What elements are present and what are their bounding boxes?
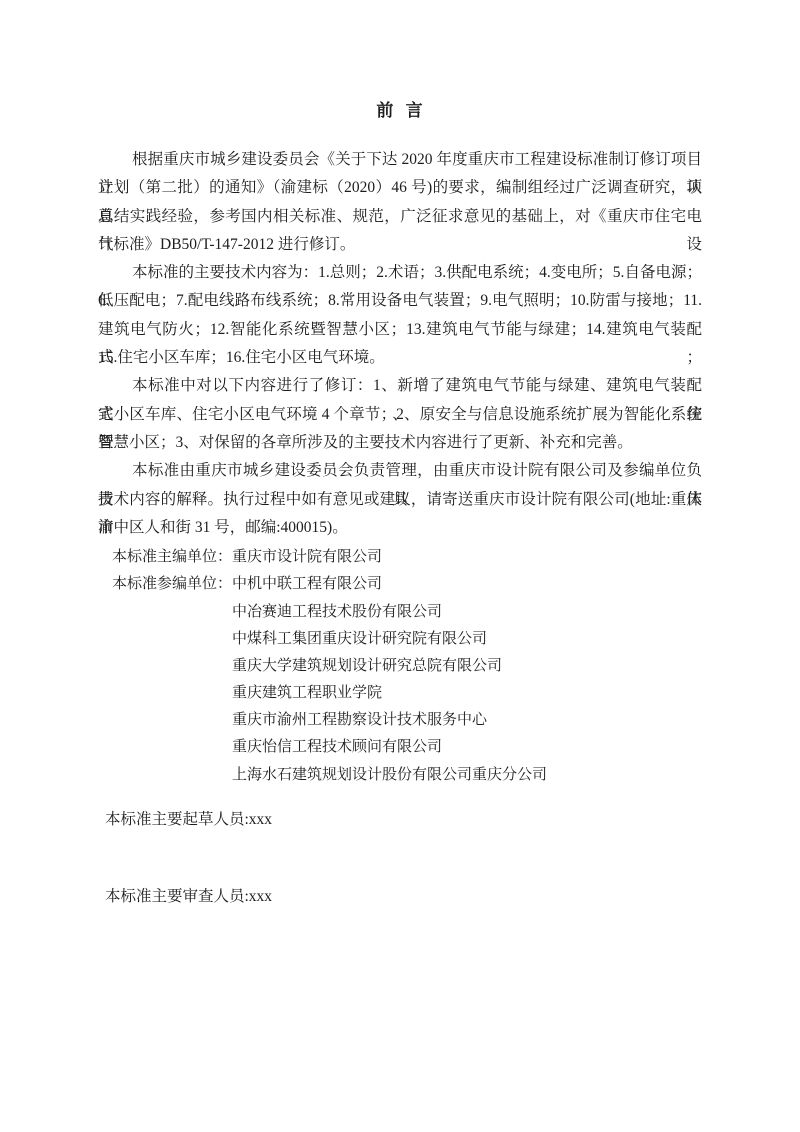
paragraph-line: 渝中区人和街 31 号，邮编:400015)。 [98, 514, 702, 542]
paragraph-line: 本标准中对以下内容进行了修订：1、新增了建筑电气节能与绿建、建筑电气装配式、住 [98, 372, 702, 400]
paragraph-line: 智慧小区；3、对保留的各章所涉及的主要技术内容进行了更新、补充和完善。 [98, 429, 702, 457]
chief-editor-row: 本标准主编单位：重庆市设计院有限公司 [112, 544, 800, 571]
paragraph: 本标准由重庆市城乡建设委员会负责管理，由重庆市设计院有限公司及参编单位负责具体技… [98, 457, 702, 542]
paragraph: 根据重庆市城乡建设委员会《关于下达 2020 年度重庆市工程建设标准制订修订项目… [98, 146, 702, 259]
paragraph-line: 本标准由重庆市城乡建设委员会负责管理，由重庆市设计院有限公司及参编单位负责具体 [98, 457, 702, 485]
paragraph-line: 低压配电；7.配电线路布线系统；8.常用设备电气装置；9.电气照明；10.防雷与… [98, 287, 702, 315]
participating-unit: 中煤科工集团重庆设计研究院有限公司 [112, 626, 800, 653]
paragraph: 本标准中对以下内容进行了修订：1、新增了建筑电气节能与绿建、建筑电气装配式、住宅… [98, 372, 702, 457]
participating-unit: 上海水石建筑规划设计股份有限公司重庆分公司 [112, 762, 800, 789]
document-page: 前 言 根据重庆市城乡建设委员会《关于下达 2020 年度重庆市工程建设标准制订… [0, 0, 800, 1132]
paragraph-line: 技术内容的解释。执行过程中如有意见或建议，请寄送重庆市设计院有限公司(地址:重庆… [98, 486, 702, 514]
participating-unit: 重庆建筑工程职业学院 [112, 680, 800, 707]
participating-unit: 重庆大学建筑规划设计研究总院有限公司 [112, 653, 800, 680]
participating-unit: 重庆怡信工程技术顾问有限公司 [112, 734, 800, 761]
chief-editor-unit: 重庆市设计院有限公司 [232, 549, 382, 565]
units-block: 本标准主编单位：重庆市设计院有限公司 本标准参编单位：中机中联工程有限公司 中冶… [112, 544, 800, 789]
participating-units-list: 中冶赛迪工程技术股份有限公司中煤科工集团重庆设计研究院有限公司重庆大学建筑规划设… [112, 599, 800, 789]
participating-unit: 中冶赛迪工程技术股份有限公司 [112, 599, 800, 626]
paragraph: 本标准的主要技术内容为：1.总则；2.术语；3.供配电系统；4.变电所；5.自备… [98, 259, 702, 372]
paragraph-line: 本标准的主要技术内容为：1.总则；2.术语；3.供配电系统；4.变电所；5.自备… [98, 259, 702, 287]
paragraph-line: 总结实践经验，参考国内相关标准、规范，广泛征求意见的基础上，对《重庆市住宅电气设 [98, 203, 702, 231]
participating-unit: 重庆市渝州工程勘察设计技术服务中心 [112, 707, 800, 734]
chief-editor-label: 本标准主编单位： [112, 544, 232, 571]
body-paragraphs: 根据重庆市城乡建设委员会《关于下达 2020 年度重庆市工程建设标准制订修订项目… [98, 146, 702, 542]
paragraph-line: 计划（第二批）的通知》（渝建标（2020）46 号)的要求，编制组经过广泛调查研… [98, 174, 702, 202]
paragraph-line: 根据重庆市城乡建设委员会《关于下达 2020 年度重庆市工程建设标准制订修订项目… [98, 146, 702, 174]
reviewers-line: 本标准主要审查人员:xxx [0, 883, 800, 911]
paragraph-line: 宅小区车库、住宅小区电气环境 4 个章节；2、原安全与信息设施系统扩展为智能化系… [98, 401, 702, 429]
paragraph-line: 建筑电气防火；12.智能化系统暨智慧小区；13.建筑电气节能与绿建；14.建筑电… [98, 316, 702, 344]
drafters-line: 本标准主要起草人员:xxx [0, 806, 800, 834]
participating-label: 本标准参编单位： [112, 571, 232, 598]
page-title: 前 言 [0, 0, 800, 124]
participating-unit: 中机中联工程有限公司 [232, 576, 382, 592]
participating-row: 本标准参编单位：中机中联工程有限公司 [112, 571, 800, 598]
